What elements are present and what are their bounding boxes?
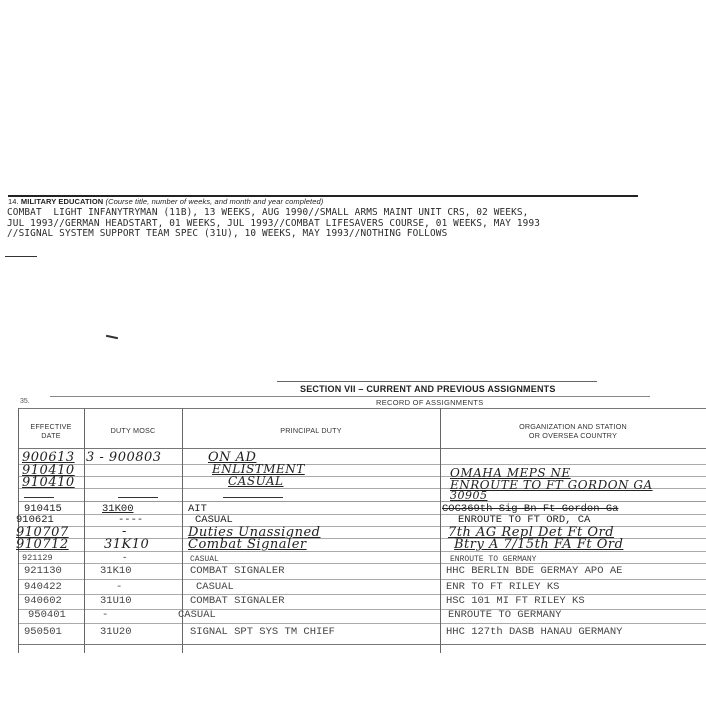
row-divider [18, 623, 706, 624]
header-line: DATE [18, 431, 84, 440]
row-date: 940422 [24, 581, 62, 593]
row-divider [18, 563, 706, 564]
section-subrule [50, 396, 650, 397]
row-org: ENR TO FT RILEY KS [446, 581, 559, 593]
header-line: EFFECTIVE [18, 422, 84, 431]
row-duty: CASUAL [196, 581, 234, 593]
stray-mark [5, 256, 37, 257]
row-divider [18, 644, 706, 645]
row-duty: COMBAT SIGNALER [190, 565, 285, 577]
row-duty: SIGNAL SPT SYS TM CHIEF [190, 626, 335, 638]
label-hint: (Course title, number of weeks, and mont… [105, 197, 323, 206]
section-title: SECTION VII – CURRENT AND PREVIOUS ASSIG… [300, 384, 556, 394]
section-subtitle: RECORD OF ASSIGNMENTS [376, 398, 484, 407]
row-divider [18, 476, 706, 477]
label-number: 14. [8, 197, 19, 206]
hw-date: 910410 [22, 475, 75, 490]
blank-dash [223, 497, 283, 498]
row-date: 950501 [24, 626, 62, 638]
stray-mark [106, 335, 118, 339]
edu-line: COMBAT LIGHT INFANYTRYMAN (11B), 13 WEEK… [7, 208, 540, 219]
label-title: MILITARY EDUCATION [21, 197, 103, 206]
row-org: HHC BERLIN BDE GERMAY APO AE [446, 565, 622, 577]
hw-org: 30905 [450, 489, 488, 502]
row-date: 921129 [22, 553, 53, 563]
military-education-text: COMBAT LIGHT INFANYTRYMAN (11B), 13 WEEK… [7, 208, 540, 240]
row-mosc: 31K10 [100, 565, 132, 577]
row-org: HSC 101 MI FT RILEY KS [446, 595, 585, 607]
row-org: Btry A 7/15th FA Ft Ord [454, 537, 623, 552]
col-divider [440, 408, 441, 653]
row-date: 940602 [24, 595, 62, 607]
header-line: OR OVERSEA COUNTRY [440, 431, 706, 440]
hw-duty: CASUAL [228, 474, 283, 488]
row-duty: COMBAT SIGNALER [190, 595, 285, 607]
hw-mosc: 3 - 900803 [86, 450, 162, 465]
row-date: 921130 [24, 565, 62, 577]
item-number: 35. [20, 398, 30, 405]
row-date: 950401 [28, 609, 66, 621]
col-divider [84, 408, 85, 653]
header-divider [18, 448, 706, 449]
edu-line: //SIGNAL SYSTEM SUPPORT TEAM SPEC (31U),… [7, 229, 540, 240]
military-education-label: 14. MILITARY EDUCATION (Course title, nu… [8, 197, 323, 206]
assignments-table: EFFECTIVE DATE DUTY MOSC PRINCIPAL DUTY … [18, 408, 706, 653]
header-line: ORGANIZATION AND STATION [440, 422, 706, 431]
row-org: ENROUTE TO GERMANY [448, 609, 561, 621]
blank-dash [118, 497, 158, 498]
row-org: HHC 127th DASB HANAU GERMANY [446, 626, 622, 638]
row-divider [18, 609, 706, 610]
blank-dash [24, 497, 54, 498]
row-mosc: - [122, 553, 127, 563]
section-rule [277, 381, 597, 382]
row-mosc: 31U20 [100, 626, 132, 638]
row-mosc: - [102, 609, 108, 621]
row-divider [18, 501, 706, 502]
row-duty: Combat Signaler [188, 537, 307, 552]
header-principal-duty: PRINCIPAL DUTY [182, 426, 440, 435]
row-date: 910712 [16, 537, 69, 552]
header-effective-date: EFFECTIVE DATE [18, 422, 84, 440]
row-org: ENROUTE TO GERMANY [450, 555, 536, 564]
row-divider [18, 408, 706, 409]
row-duty: CASUAL [178, 609, 216, 621]
header-organization: ORGANIZATION AND STATION OR OVERSEA COUN… [440, 422, 706, 440]
header-duty-mosc: DUTY MOSC [84, 426, 182, 435]
row-mosc: - [116, 581, 122, 593]
row-mosc: 31K10 [104, 537, 149, 552]
row-divider [18, 579, 706, 580]
row-mosc: 31U10 [100, 595, 132, 607]
row-duty: CASUAL [190, 555, 219, 564]
